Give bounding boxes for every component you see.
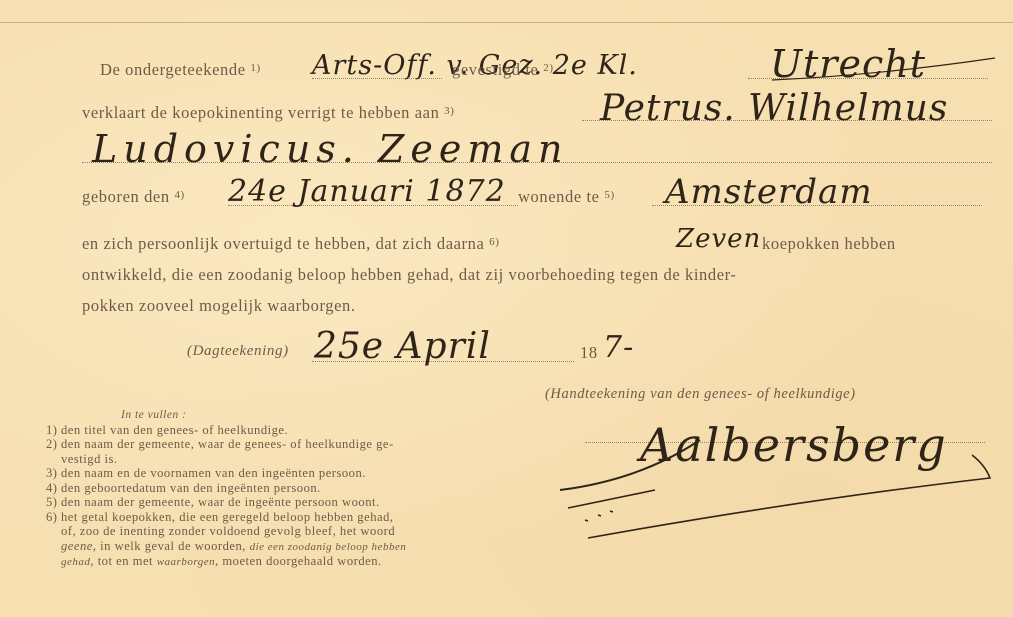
label-koepokken-hebben: koepokken hebben (762, 234, 896, 254)
item-number: 4) (46, 481, 61, 496)
top-rule (0, 22, 1013, 23)
text: , tot en met (90, 554, 156, 568)
label-text: wonende te (518, 187, 600, 206)
label-text: geboren den (82, 187, 170, 206)
instruction-item: 4)den geboortedatum van den ingeënten pe… (46, 481, 586, 496)
handwritten-year: 7- (603, 330, 634, 365)
item-number: 5) (46, 495, 61, 510)
handwritten-place: Utrecht (770, 42, 926, 86)
item-continuation: geene, in welk geval de woorden, die een… (46, 539, 586, 555)
label-text: De ondergeteekende (100, 60, 246, 79)
ref-2: 2) (543, 62, 553, 74)
fill-in-instructions: In te vullen : 1)den titel van den genee… (46, 408, 586, 570)
body-line-6: ontwikkeld, die een zoodanig beloop hebb… (82, 265, 737, 285)
item-number: 2) (46, 437, 61, 452)
label-dagteekening: (Dagteekening) (187, 343, 289, 360)
item-text: den naam der gemeente, waar de ingeënte … (61, 495, 586, 510)
label-geboren: geboren den 4) (82, 187, 185, 207)
instruction-item: 6)het getal koepokken, die een geregeld … (46, 510, 586, 525)
label-wonende: wonende te 5) (518, 187, 615, 207)
handwritten-count: Zeven (676, 224, 761, 254)
ref-6: 6) (489, 236, 499, 248)
item-number: 1) (46, 423, 61, 438)
item-number: 6) (46, 510, 61, 525)
instruction-item: 3)den naam en de voornamen van den ingeë… (46, 466, 586, 481)
italic-word: geene (61, 539, 93, 553)
handwritten-date: 25e April (314, 326, 491, 367)
ref-4: 4) (174, 189, 184, 201)
text: , moeten doorgehaald worden. (215, 554, 382, 568)
item-text: den naam der gemeente, waar de genees- o… (61, 437, 586, 452)
item-continuation: of, zoo de inenting zonder voldoend gevo… (46, 524, 586, 539)
handwritten-surname-line: Ludovicus. Zeeman (92, 127, 569, 171)
italic-word: waarborgen (157, 556, 215, 568)
instruction-item: 2)den naam der gemeente, waar de genees-… (46, 437, 586, 452)
handwritten-residence: Amsterdam (665, 172, 873, 212)
label-ondergeteekende: De ondergeteekende 1) (100, 60, 261, 80)
ref-3: 3) (444, 105, 454, 117)
item-continuation: vestigd is. (46, 452, 586, 467)
item-text: den naam en de voornamen van den ingeënt… (61, 466, 586, 481)
signature-caption: (Handteekening van den genees- of heelku… (545, 386, 856, 403)
label-text: verklaart de koepokinenting verrigt te h… (82, 103, 439, 122)
label-overtuigd: en zich persoonlijk overtuigd te hebben,… (82, 234, 500, 254)
item-number: 3) (46, 466, 61, 481)
handwritten-given-names: Petrus. Wilhelmus (600, 88, 948, 129)
instruction-item: 5)den naam der gemeente, waar de ingeënt… (46, 495, 586, 510)
ref-1: 1) (250, 62, 260, 74)
label-gevestigd: gevestigd te 2) (452, 60, 554, 80)
item-text: den geboortedatum van den ingeënten pers… (61, 481, 586, 496)
label-text: en zich persoonlijk overtuigd te hebben,… (82, 234, 484, 253)
handwritten-birthdate: 24e Januari 1872 (228, 174, 506, 209)
handwritten-signature: Aalbersberg (640, 418, 948, 472)
body-line-7: pokken zooveel mogelijk waarborgen. (82, 296, 356, 316)
instructions-heading: In te vullen : (46, 408, 586, 423)
ref-5: 5) (604, 189, 614, 201)
item-text: het getal koepokken, die een geregeld be… (61, 510, 586, 525)
instruction-item: 1)den titel van den genees- of heelkundi… (46, 423, 586, 438)
label-text: gevestigd te (452, 60, 538, 79)
italic-word: gehad (61, 556, 90, 568)
label-verklaart: verklaart de koepokinenting verrigt te h… (82, 103, 455, 123)
italic-phrase: die een zoodanig beloop hebben (250, 541, 407, 553)
text: , in welk geval de woorden, (93, 539, 250, 553)
item-text: den titel van den genees- of heelkundige… (61, 423, 586, 438)
item-continuation: gehad, tot en met waarborgen, moeten doo… (46, 554, 586, 570)
year-prefix: 18 (580, 343, 598, 363)
